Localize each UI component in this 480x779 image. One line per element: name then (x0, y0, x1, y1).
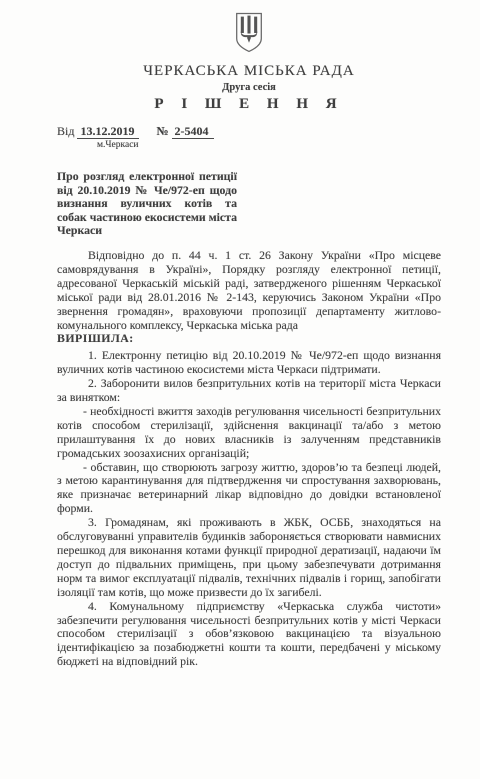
organization-name: ЧЕРКАСЬКА МІСЬКА РАДА (57, 63, 441, 80)
resolution-item: 1. Електронну петицію від 20.10.2019 № Ч… (57, 349, 441, 377)
document-header: ЧЕРКАСЬКА МІСЬКА РАДА Друга сесія Р І Ш … (57, 12, 441, 113)
resolution-item: - необхідності вжиття заходів регулюванн… (57, 405, 441, 461)
resolved-label: ВИРІШИЛА: (57, 332, 441, 346)
scanned-decision-document: ЧЕРКАСЬКА МІСЬКА РАДА Друга сесія Р І Ш … (0, 0, 480, 779)
subject-paragraph: Про розгляд електронної петиції від 20.1… (57, 170, 237, 238)
city-label: м.Черкаси (57, 140, 441, 150)
resolution-item: 3. Громадянам, які проживають в ЖБК, ОСБ… (57, 516, 441, 599)
document-date: 13.12.2019 (77, 124, 139, 139)
ukraine-trident-coat-of-arms-icon (232, 12, 266, 53)
from-label: Від (57, 124, 74, 138)
document-number: 2-5404 (172, 124, 214, 139)
preamble-paragraph: Відповідно до п. 44 ч. 1 ст. 26 Закону У… (57, 249, 441, 332)
number-sign: № (156, 124, 168, 138)
session-label: Друга сесія (57, 82, 441, 93)
resolution-item: 4. Комунальному підприємству «Черкаська … (57, 600, 441, 670)
resolution-item: 2. Заборонити вилов безпритульних котів … (57, 377, 441, 405)
resolution-item: - обставин, що створюють загрозу життю, … (57, 461, 441, 517)
resolution-items: 1. Електронну петицію від 20.10.2019 № Ч… (57, 349, 441, 669)
document-type-title: Р І Ш Е Н Н Я (57, 96, 441, 113)
reference-line: Від 13.12.2019 № 2-5404 (57, 124, 441, 139)
